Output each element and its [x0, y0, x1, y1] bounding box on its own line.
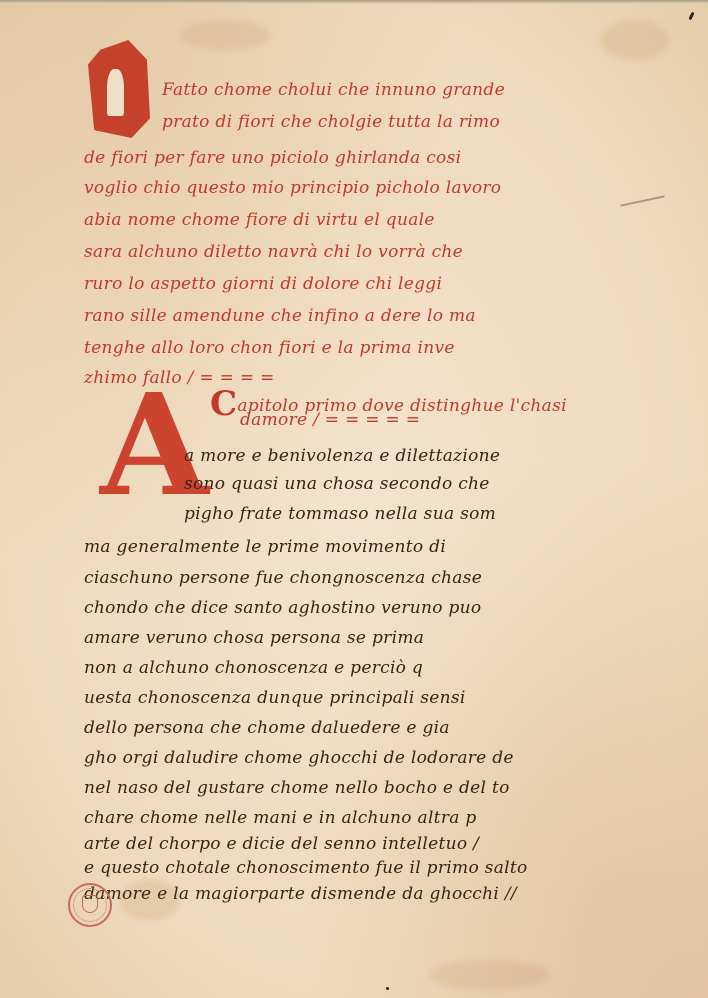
stain: [180, 20, 270, 50]
chapter-line: nel naso del gustare chome nello bocho e…: [84, 778, 510, 798]
chapter-line: gho orgi daludire chome ghocchi de lodor…: [84, 748, 514, 768]
chapter-line: pigho frate tommaso nella sua som: [184, 504, 496, 524]
prologue-line: ruro lo aspetto giorni di dolore chi leg…: [84, 274, 442, 294]
seal-shield-icon: [82, 895, 98, 913]
prologue-line: sara alchuno diletto navrà chi lo vorrà …: [84, 242, 463, 262]
initial-d-counter: [107, 69, 124, 116]
illuminated-initial-d: [88, 40, 150, 138]
chapter-line: chare chome nelle mani e in alchuno altr…: [84, 808, 477, 828]
rubric-capital-c: C: [210, 384, 237, 424]
chapter-line: amare veruno chosa persona se prima: [84, 628, 424, 648]
ink-mark: [386, 987, 389, 990]
stain: [600, 20, 670, 60]
chapter-line: ma generalmente le prime movimento di: [84, 537, 446, 557]
prologue-line: voglio chio questo mio principio picholo…: [84, 178, 501, 198]
chapter-line: non a alchuno chonoscenza e perciò q: [84, 658, 423, 678]
page-top-edge: [0, 0, 708, 4]
chapter-line: ciaschuno persone fue chongnoscenza chas…: [84, 568, 482, 588]
prologue-line: abia nome chome fiore di virtu el quale: [84, 210, 435, 230]
chapter-line: e questo chotale chonoscimento fue il pr…: [84, 858, 528, 878]
library-seal-stamp: [68, 883, 112, 927]
prologue-line: prato di fiori che cholgie tutta la rimo: [162, 112, 500, 132]
chapter-rubric-line-2: damore / = = = = =: [240, 410, 420, 430]
manuscript-page: Fatto chome cholui che innuno grande pra…: [0, 0, 708, 998]
stain: [430, 960, 550, 990]
pencil-mark: [620, 195, 664, 206]
chapter-line: chondo che dice santo aghostino veruno p…: [84, 598, 481, 618]
prologue-line: tenghe allo loro chon fiori e la prima i…: [84, 338, 455, 358]
chapter-line: a more e benivolenza e dilettazione: [184, 446, 500, 466]
chapter-line: arte del chorpo e dicie del senno intell…: [84, 834, 479, 854]
prologue-line: rano sille amendune che infino a dere lo…: [84, 306, 476, 326]
chapter-line: uesta chonoscenza dunque principali sens…: [84, 688, 466, 708]
ink-mark: [688, 12, 694, 21]
prologue-line: Fatto chome cholui che innuno grande: [162, 80, 505, 100]
chapter-line: sono quasi una chosa secondo che: [184, 474, 490, 494]
chapter-line: dello persona che chome daluedere e gia: [84, 718, 450, 738]
chapter-line: damore e la magiorparte dismende da ghoc…: [84, 884, 517, 904]
prologue-line: de fiori per fare uno piciolo ghirlanda …: [84, 148, 461, 168]
